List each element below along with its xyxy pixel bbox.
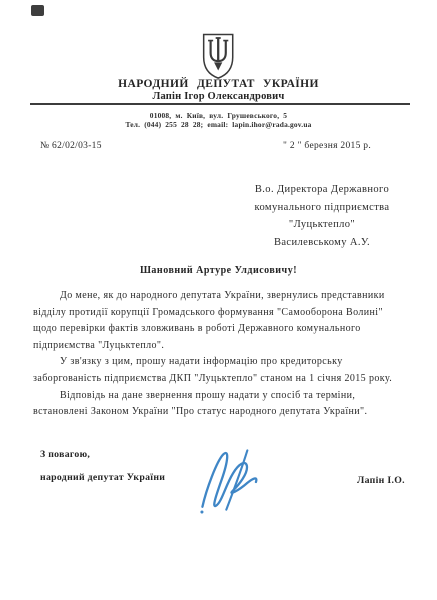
letter-body: До мене, як до народного депутата Україн… bbox=[33, 288, 418, 421]
reference-number: № 62/02/03-15 bbox=[40, 141, 102, 151]
body-line: підприємства "Луцьктепло". bbox=[33, 338, 418, 355]
signer-name: Лапін І.О. bbox=[357, 475, 405, 486]
body-line: У зв'язку з цим, прошу надати інформацію… bbox=[33, 354, 418, 371]
letter-document: НАРОДНИЙ ДЕПУТАТ УКРАЇНИ Лапін Ігор Олек… bbox=[0, 0, 437, 600]
letter-date: " 2 " березня 2015 р. bbox=[283, 141, 371, 151]
closing-deputy-title: народний депутат України bbox=[40, 472, 165, 483]
body-line: До мене, як до народного депутата Україн… bbox=[33, 288, 418, 305]
addressee-line: В.о. Директора Державного bbox=[238, 181, 406, 199]
body-line: Відповідь на дане звернення прошу надати… bbox=[33, 388, 418, 405]
body-line: відділу протидії корупції Громадського ф… bbox=[33, 305, 418, 322]
addressee-block: В.о. Директора Державного комунального п… bbox=[238, 181, 406, 251]
salutation: Шановний Артуре Улдисовичу! bbox=[0, 265, 437, 276]
deputy-name: Лапін Ігор Олександрович bbox=[0, 91, 437, 102]
body-line: заборгованість підприємства ДКП "Луцькте… bbox=[33, 371, 418, 388]
closing-regards: З повагою, bbox=[40, 449, 90, 460]
body-line: щодо перевірки фактів зловживань в робот… bbox=[33, 321, 418, 338]
body-line: встановлені Законом України "Про статус … bbox=[33, 404, 418, 421]
org-title: НАРОДНИЙ ДЕПУТАТ УКРАЇНИ bbox=[0, 78, 437, 90]
addressee-line: "Луцьктепло" bbox=[238, 216, 406, 234]
letterhead-divider bbox=[30, 103, 410, 105]
trident-emblem-icon bbox=[198, 32, 238, 80]
addressee-line: комунального підприємства bbox=[238, 199, 406, 217]
scan-artifact-square bbox=[31, 5, 44, 16]
contact-line: Тел. (044) 255 28 28; email: lapin.ihor@… bbox=[0, 120, 437, 129]
addressee-line: Василевському А.У. bbox=[238, 234, 406, 252]
handwritten-signature bbox=[190, 443, 276, 519]
